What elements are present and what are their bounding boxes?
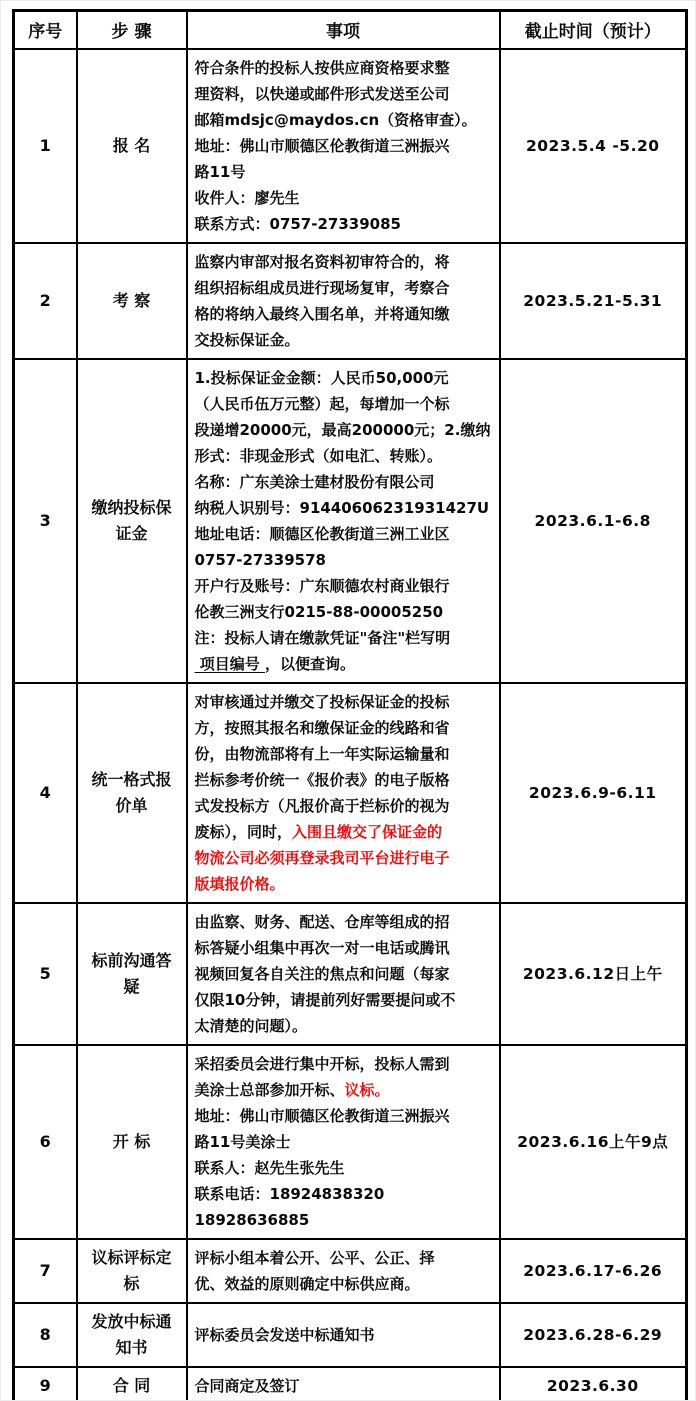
- matter-cell: 由监察、财务、配送、仓库等组成的招 标答疑小组集中再次一对一电话或腾讯 视频回复…: [187, 903, 500, 1045]
- document-sheet: 序号 步 骤 事项 截止时间（预计） 1 报 名 符合条件的投标人按供应商资格要…: [1, 1, 695, 1401]
- matter-text: 符合条件的投标人按供应商资格要求整 理资料，以快递或邮件形式发送至公司 邮箱md…: [195, 59, 477, 233]
- table-row: 2 考 察 监察内审部对报名资料初审符合的，将 组织招标组成员进行现场复审，考察…: [14, 243, 687, 359]
- step-cell: 考 察: [77, 243, 187, 359]
- table-row: 8 发放中标通 知书 评标委员会发送中标通知书 2023.6.28-6.29: [14, 1303, 687, 1367]
- matter-text: 监察内审部对报名资料初审符合的，将 组织招标组成员进行现场复审，考察合 格的将纳…: [195, 253, 450, 349]
- serial-cell: 3: [14, 359, 77, 683]
- step-cell: 统一格式报 价单: [77, 683, 187, 903]
- step-cell: 报 名: [77, 49, 187, 243]
- step-cell: 标前沟通答 疑: [77, 903, 187, 1045]
- matter-cell: 1.投标保证金金额：人民币50,000元 （人民币伍万元整）起，每增加一个标 段…: [187, 359, 500, 683]
- deadline-cell: 2023.6.28-6.29: [500, 1303, 687, 1367]
- deadline-cell: 2023.6.12日上午: [500, 903, 687, 1045]
- serial-cell: 9: [14, 1367, 77, 1401]
- matter-text: 采招委员会进行集中开标，投标人需到 美涂士总部参加开标、: [195, 1055, 450, 1099]
- matter-text: 评标小组本着公开、公平、公正、择 优、效益的原则确定中标供应商。: [195, 1249, 435, 1293]
- deadline-cell: 2023.5.21-5.31: [500, 243, 687, 359]
- matter-text: 评标委员会发送中标通知书: [195, 1326, 375, 1344]
- matter-cell: 评标委员会发送中标通知书: [187, 1303, 500, 1367]
- deadline-cell: 2023.6.17-6.26: [500, 1239, 687, 1303]
- serial-cell: 6: [14, 1045, 77, 1239]
- serial-cell: 8: [14, 1303, 77, 1367]
- matter-text: 地址：佛山市顺德区伦教街道三洲振兴 路11号美涂士 联系人：赵先生张先生 联系电…: [195, 1107, 450, 1229]
- step-cell: 缴纳投标保 证金: [77, 359, 187, 683]
- bid-schedule-table: 序号 步 骤 事项 截止时间（预计） 1 报 名 符合条件的投标人按供应商资格要…: [12, 9, 688, 1401]
- table-row: 4 统一格式报 价单 对审核通过并缴交了投标保证金的投标 方，按照其报名和缴保证…: [14, 683, 687, 903]
- table-row: 9 合 同 合同商定及签订 2023.6.30: [14, 1367, 687, 1401]
- matter-cell: 评标小组本着公开、公平、公正、择 优、效益的原则确定中标供应商。: [187, 1239, 500, 1303]
- column-header-no: 序号: [14, 11, 77, 49]
- matter-text: 1.投标保证金金额：人民币50,000元 （人民币伍万元整）起，每增加一个标 段…: [195, 369, 491, 647]
- matter-underlined-text: 项目编号: [195, 655, 265, 673]
- column-header-step: 步 骤: [77, 11, 187, 49]
- step-cell: 合 同: [77, 1367, 187, 1401]
- deadline-cell: 2023.5.4 -5.20: [500, 49, 687, 243]
- serial-cell: 5: [14, 903, 77, 1045]
- matter-cell: 符合条件的投标人按供应商资格要求整 理资料，以快递或邮件形式发送至公司 邮箱md…: [187, 49, 500, 243]
- matter-cell: 监察内审部对报名资料初审符合的，将 组织招标组成员进行现场复审，考察合 格的将纳…: [187, 243, 500, 359]
- matter-cell: 对审核通过并缴交了投标保证金的投标 方，按照其报名和缴保证金的线路和省 份，由物…: [187, 683, 500, 903]
- table-row: 6 开 标 采招委员会进行集中开标，投标人需到 美涂士总部参加开标、议标。 地址…: [14, 1045, 687, 1239]
- step-cell: 发放中标通 知书: [77, 1303, 187, 1367]
- step-cell: 开 标: [77, 1045, 187, 1239]
- table-row: 1 报 名 符合条件的投标人按供应商资格要求整 理资料，以快递或邮件形式发送至公…: [14, 49, 687, 243]
- matter-cell: 采招委员会进行集中开标，投标人需到 美涂士总部参加开标、议标。 地址：佛山市顺德…: [187, 1045, 500, 1239]
- deadline-cell: 2023.6.30: [500, 1367, 687, 1401]
- matter-red-text: 议标。: [345, 1081, 390, 1099]
- table-row: 5 标前沟通答 疑 由监察、财务、配送、仓库等组成的招 标答疑小组集中再次一对一…: [14, 903, 687, 1045]
- serial-cell: 1: [14, 49, 77, 243]
- column-header-matter: 事项: [187, 11, 500, 49]
- step-cell: 议标评标定 标: [77, 1239, 187, 1303]
- matter-text: 合同商定及签订: [195, 1377, 300, 1395]
- deadline-cell: 2023.6.1-6.8: [500, 359, 687, 683]
- header-row: 序号 步 骤 事项 截止时间（预计）: [14, 11, 687, 49]
- matter-text: 对审核通过并缴交了投标保证金的投标 方，按照其报名和缴保证金的线路和省 份，由物…: [195, 693, 450, 841]
- column-header-deadline: 截止时间（预计）: [500, 11, 687, 49]
- table-row: 3 缴纳投标保 证金 1.投标保证金金额：人民币50,000元 （人民币伍万元整…: [14, 359, 687, 683]
- serial-cell: 7: [14, 1239, 77, 1303]
- serial-cell: 4: [14, 683, 77, 903]
- serial-cell: 2: [14, 243, 77, 359]
- deadline-cell: 2023.6.16上午9点: [500, 1045, 687, 1239]
- matter-text: ，以便查询。: [265, 655, 355, 673]
- matter-text: 由监察、财务、配送、仓库等组成的招 标答疑小组集中再次一对一电话或腾讯 视频回复…: [195, 913, 456, 1035]
- deadline-cell: 2023.6.9-6.11: [500, 683, 687, 903]
- matter-cell: 合同商定及签订: [187, 1367, 500, 1401]
- table-row: 7 议标评标定 标 评标小组本着公开、公平、公正、择 优、效益的原则确定中标供应…: [14, 1239, 687, 1303]
